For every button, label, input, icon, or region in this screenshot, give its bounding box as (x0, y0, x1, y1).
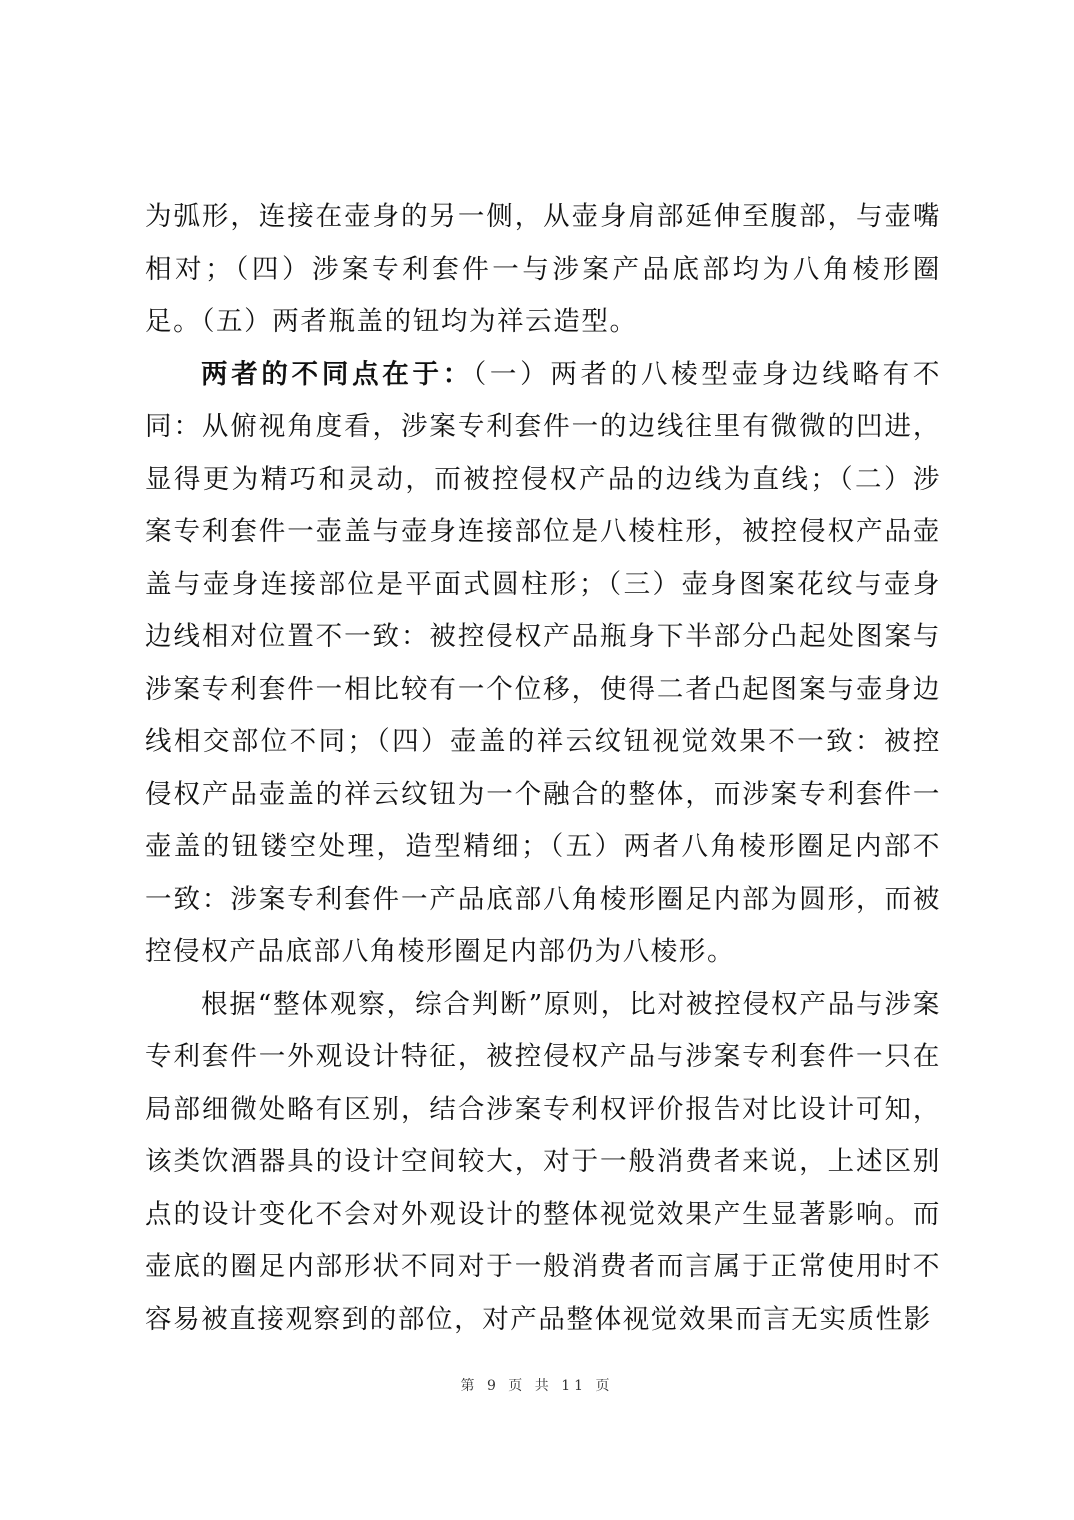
paragraph-conclusion: 根据“整体观察，综合判断”原则，比对被控侵权产品与涉案专利套件一外观设计特征，被… (145, 979, 941, 1347)
document-page: 为弧形，连接在壶身的另一侧，从壶身肩部延伸至腹部，与壶嘴相对；（四）涉案专利套件… (0, 0, 1074, 1520)
differences-text: （一）两者的八棱型壶身边线略有不同：从俯视角度看，涉案专利套件一的边线往里有微微… (145, 359, 941, 968)
paragraph-differences: 两者的不同点在于：（一）两者的八棱型壶身边线略有不同：从俯视角度看，涉案专利套件… (145, 349, 941, 979)
paragraph-1: 为弧形，连接在壶身的另一侧，从壶身肩部延伸至腹部，与壶嘴相对；（四）涉案专利套件… (145, 191, 941, 349)
document-body: 为弧形，连接在壶身的另一侧，从壶身肩部延伸至腹部，与壶嘴相对；（四）涉案专利套件… (145, 191, 941, 1346)
conclusion-text: 根据“整体观察，综合判断”原则，比对被控侵权产品与涉案专利套件一外观设计特征，被… (145, 989, 941, 1335)
paragraph-1-text: 为弧形，连接在壶身的另一侧，从壶身肩部延伸至腹部，与壶嘴相对；（四）涉案专利套件… (145, 201, 941, 337)
page-footer: 第 9 页 共 11 页 (0, 1375, 1074, 1395)
differences-heading: 两者的不同点在于： (201, 359, 473, 390)
